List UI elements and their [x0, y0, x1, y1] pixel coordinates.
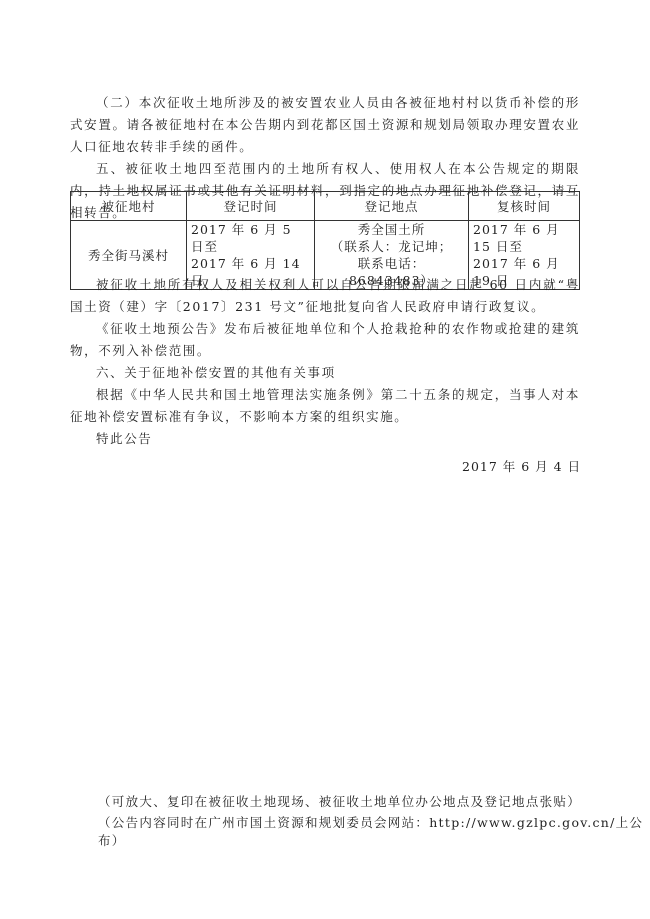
paragraph-resettlement: （二）本次征收土地所涉及的被安置农业人员由各被征地村村以货币补偿的形式安置。请各… [70, 92, 580, 158]
header-registration-place: 登记地点 [315, 192, 469, 221]
place-contact: （联系人：龙记坤； [319, 238, 464, 255]
review-time-start: 2017 年 6 月 15 日至 [473, 221, 575, 255]
table-header-row: 被征地村 登记时间 登记地点 复核时间 [71, 192, 580, 221]
place-name: 秀全国土所 [319, 221, 464, 238]
reg-time-start: 2017 年 6 月 5 日至 [191, 221, 310, 255]
section-6-heading: 六、关于征地补偿安置的其他有关事项 [70, 362, 580, 384]
header-review-time: 复核时间 [469, 192, 580, 221]
paragraph-preannouncement: 《征收土地预公告》发布后被征地单位和个人抢栽抢种的农作物或抢建的建筑物，不列入补… [70, 318, 580, 362]
header-village: 被征地村 [71, 192, 187, 221]
footer-website-note: （公告内容同时在广州市国土资源和规划委员会网站：http://www.gzlpc… [98, 813, 650, 849]
footer-posting-note: （可放大、复印在被征收土地现场、被征收土地单位办公地点及登记地点张贴） [98, 792, 581, 810]
notice-date: 2017 年 6 月 4 日 [462, 457, 581, 475]
paragraph-administrative-review: 被征收土地所有权人及相关权利人可以自公告期限届满之日起 60 日内就“粤国土资（… [70, 274, 580, 318]
header-registration-time: 登记时间 [187, 192, 315, 221]
closing-text: 特此公告 [70, 428, 580, 450]
paragraph-regulation: 根据《中华人民共和国土地管理法实施条例》第二十五条的规定，当事人对本征地补偿安置… [70, 384, 580, 428]
